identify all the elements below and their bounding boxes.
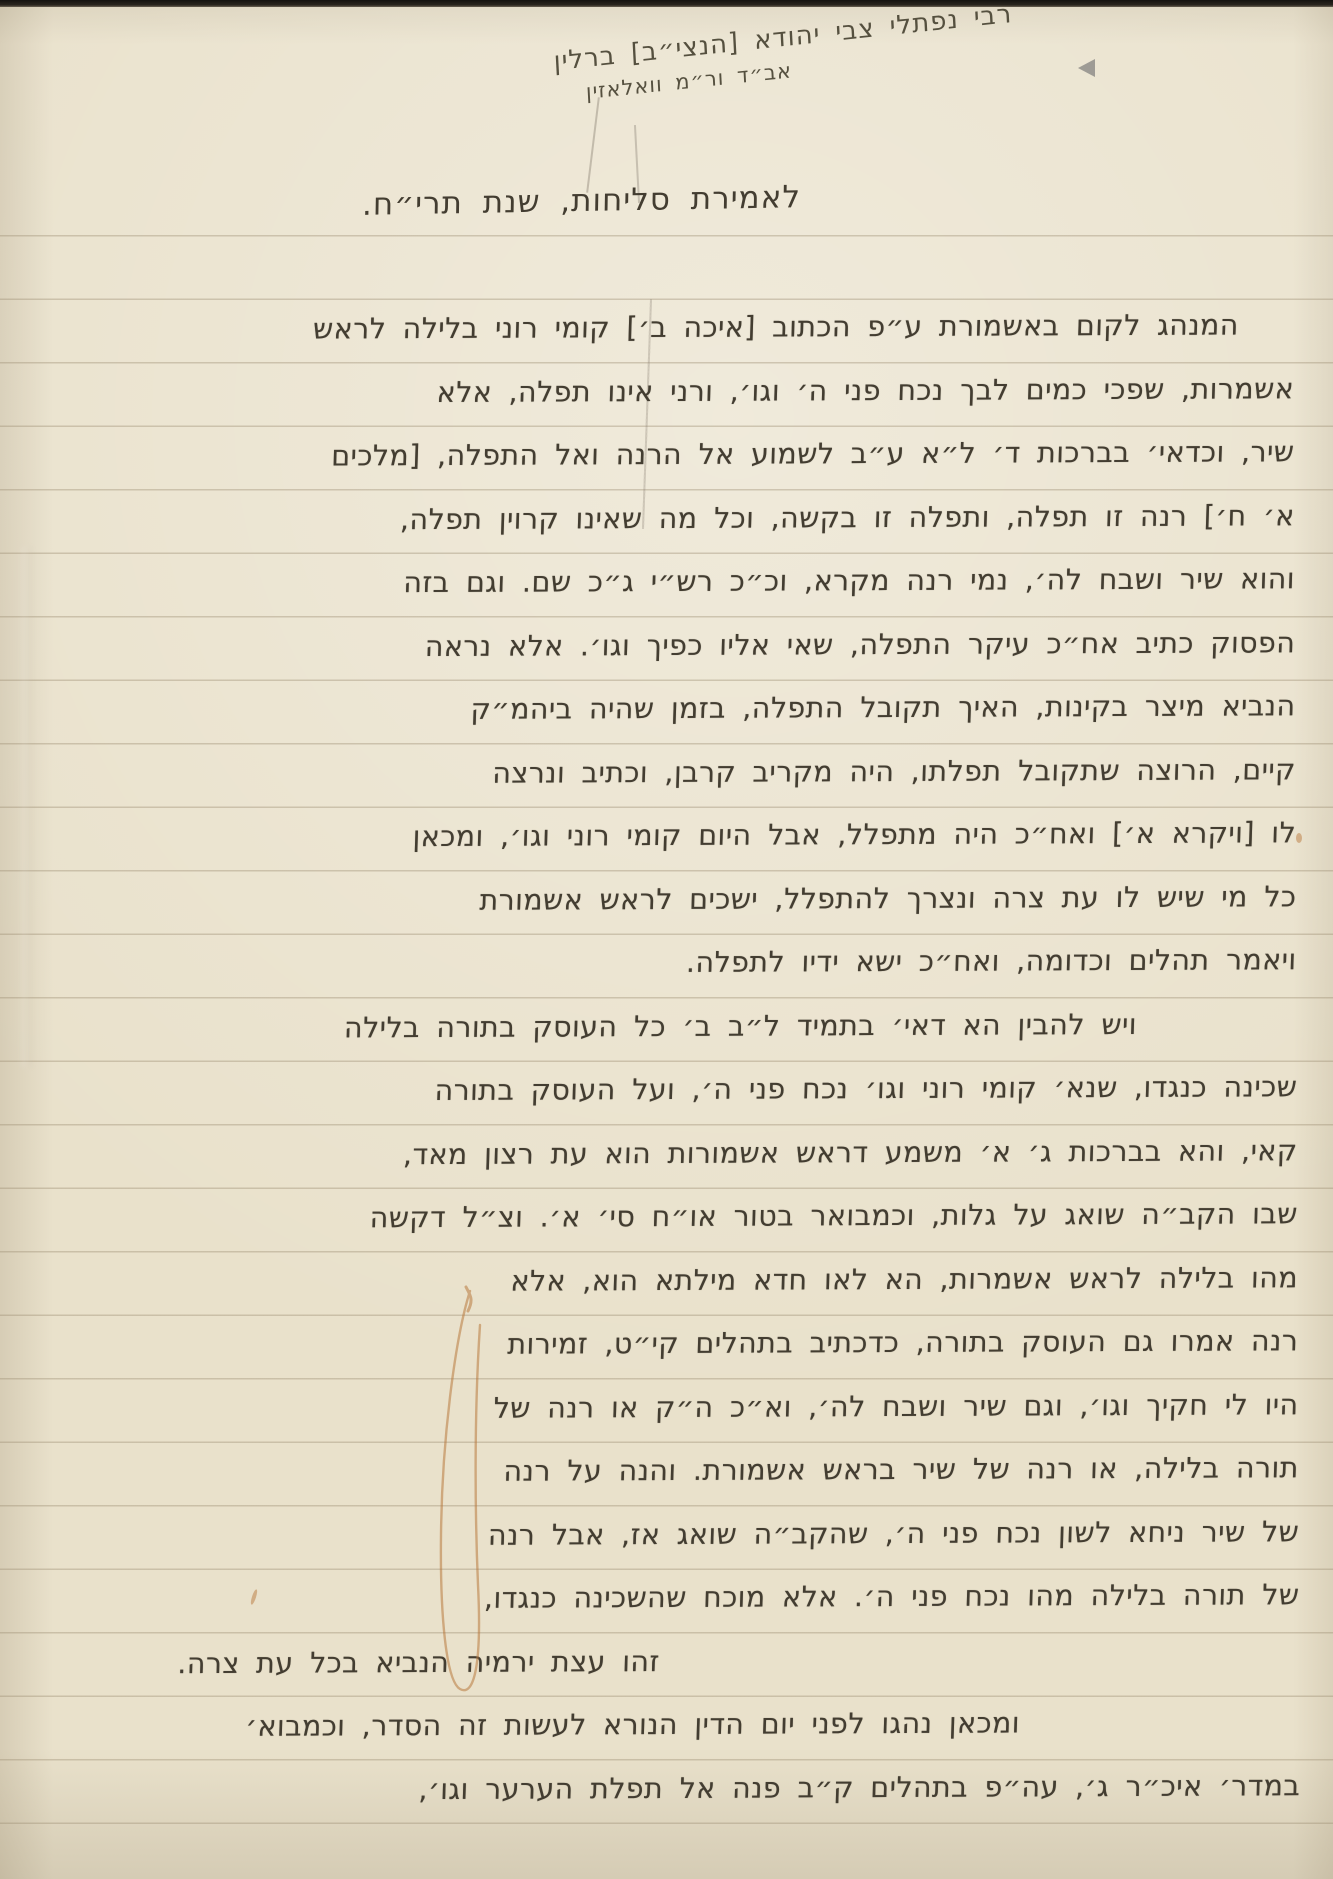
stain-fleck <box>1296 833 1302 843</box>
pencil-stroke <box>586 97 600 193</box>
attribution-header: רבי נפתלי צבי יהודא [הנצי״ב] ברלין אב״ד … <box>552 0 1017 107</box>
manuscript-line: והוא שיר ושבח לה׳, נמי רנה מקרא, וכ״כ רש… <box>31 549 1296 618</box>
manuscript-line: זהו עצת ירמיה הנביא בכל עת צרה. <box>36 1629 1301 1698</box>
document-title: לאמירת סליחות, שנת תרי״ח. <box>362 179 802 223</box>
manuscript-line: של תורה בלילה מהו נכח פני ה׳. אלא מוכח ש… <box>35 1565 1300 1634</box>
scan-mark-arrow-icon <box>1078 59 1095 77</box>
manuscript-line: שיר, וכדאי׳ בברכות ד׳ ל״א ע״ב לשמוע אל ה… <box>30 422 1295 491</box>
manuscript-line: קאי, והא בברכות ג׳ א׳ משמע דראש אשמורות … <box>33 1121 1298 1190</box>
manuscript-line: אשמרות, שפכי כמים לבך נכח פני ה׳ וגו׳, ו… <box>30 359 1295 428</box>
manuscript-line: היו לי חקיך וגו׳, וגם שיר ושבח לה׳, וא״כ… <box>35 1375 1300 1444</box>
manuscript-line: קיים, הרוצה שתקובל תפלתו, היה מקריב קרבן… <box>32 740 1297 809</box>
manuscript-line: תורה בלילה, או רנה של שיר בראש אשמורת. ו… <box>35 1438 1300 1507</box>
manuscript-paper: רבי נפתלי צבי יהודא [הנצי״ב] ברלין אב״ד … <box>0 7 1333 1879</box>
manuscript-body: המנהג לקום באשמורת ע״פ הכתוב [איכה ב׳] ק… <box>31 295 1301 1824</box>
scan-edge <box>0 0 1333 7</box>
manuscript-line: הפסוק כתיב אח״כ עיקר התפלה, שאי אליו כפי… <box>31 613 1296 682</box>
manuscript-line: המנהג לקום באשמורת ע״פ הכתוב [איכה ב׳] ק… <box>30 295 1295 364</box>
manuscript-line: שכינה כנגדו, שנא׳ קומי רוני וגו׳ נכח פני… <box>33 1057 1298 1126</box>
manuscript-line: כל מי שיש לו עת צרה ונצרך להתפלל, ישכים … <box>32 867 1297 936</box>
manuscript-line: ומכאן נהגו לפני יום הדין הנורא לעשות זה … <box>36 1692 1301 1761</box>
manuscript-line: א׳ ח׳] רנה זו תפלה, ותפלה זו בקשה, וכל מ… <box>31 486 1296 555</box>
manuscript-line: רנה אמרו גם העוסק בתורה, כדכתיב בתהלים ק… <box>34 1311 1299 1380</box>
manuscript-line: של שיר ניחא לשון נכח פני ה׳, שהקב״ה שואג… <box>35 1502 1300 1571</box>
manuscript-line: במדר׳ איכ״ר ג׳, עה״פ בתהלים ק״ב פנה אל ת… <box>36 1756 1301 1825</box>
manuscript-line: ויאמר תהלים וכדומה, ואח״כ ישא ידיו לתפלה… <box>33 930 1298 999</box>
manuscript-line: לו [ויקרא א׳] ואח״כ היה מתפלל, אבל היום … <box>32 803 1297 872</box>
scanned-manuscript-page: { "manuscript": { "attribution": { "line… <box>0 0 1333 1879</box>
manuscript-line: הנביא מיצר בקינות, האיך תקובל התפלה, בזמ… <box>32 676 1297 745</box>
ink-stain <box>408 1285 528 1715</box>
manuscript-line: שבו הקב״ה שואג על גלות, וכמבואר בטור או״… <box>34 1184 1299 1253</box>
manuscript-line: ויש להבין הא דאי׳ בתמיד ל״ב ב׳ כל העוסק … <box>33 994 1298 1063</box>
paper-crease <box>22 547 32 1067</box>
manuscript-line: מהו בלילה לראש אשמרות, הא לאו חדא מילתא … <box>34 1248 1299 1317</box>
